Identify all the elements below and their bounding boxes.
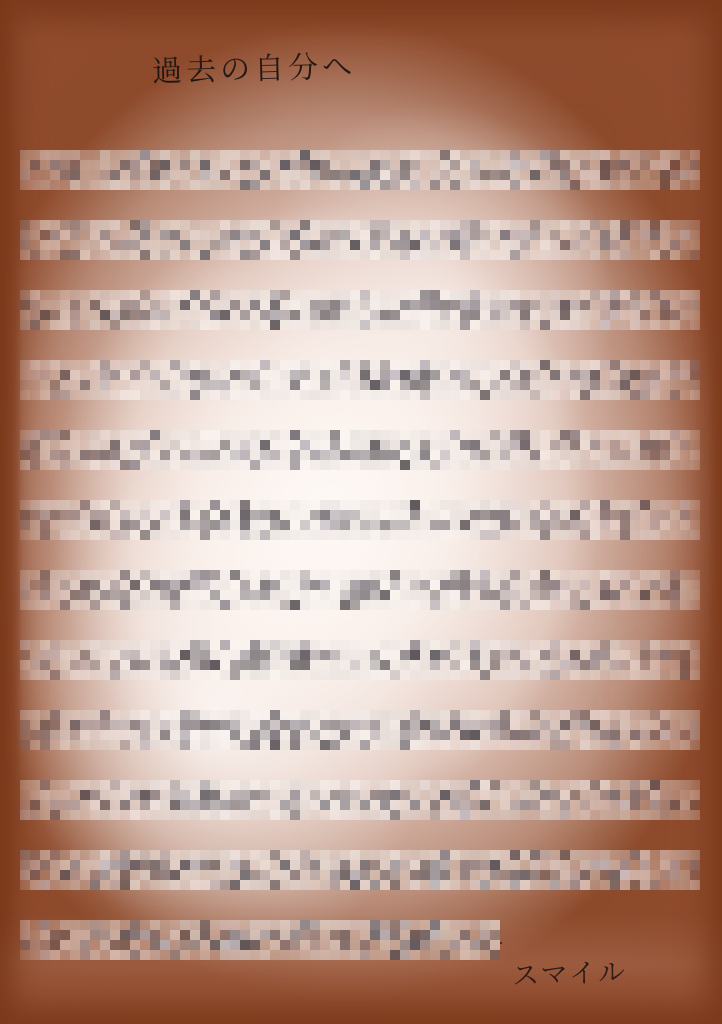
paper-edge-right xyxy=(708,0,722,1024)
redacted-text-line xyxy=(20,850,700,890)
paper-edge-left xyxy=(0,0,22,1024)
ink-speck xyxy=(500,942,502,944)
letter-paper: 過去の自分へ スマイル xyxy=(0,0,722,1024)
redacted-text-line xyxy=(20,150,700,190)
redacted-text-line xyxy=(20,220,700,260)
redacted-text-line xyxy=(20,710,700,750)
redacted-text-line xyxy=(20,290,700,330)
redacted-text-line xyxy=(20,640,700,680)
redacted-text-line xyxy=(20,780,700,820)
redacted-text-line xyxy=(20,360,700,400)
letter-title: 過去の自分へ xyxy=(151,41,356,90)
letter-signature: スマイル xyxy=(511,950,627,993)
redacted-text-line xyxy=(20,500,700,540)
redacted-letter-body xyxy=(20,140,700,915)
redacted-text-line xyxy=(20,430,700,470)
paper-edge-top xyxy=(0,0,722,40)
redacted-text-line xyxy=(20,570,700,610)
redacted-text-line xyxy=(20,920,500,960)
